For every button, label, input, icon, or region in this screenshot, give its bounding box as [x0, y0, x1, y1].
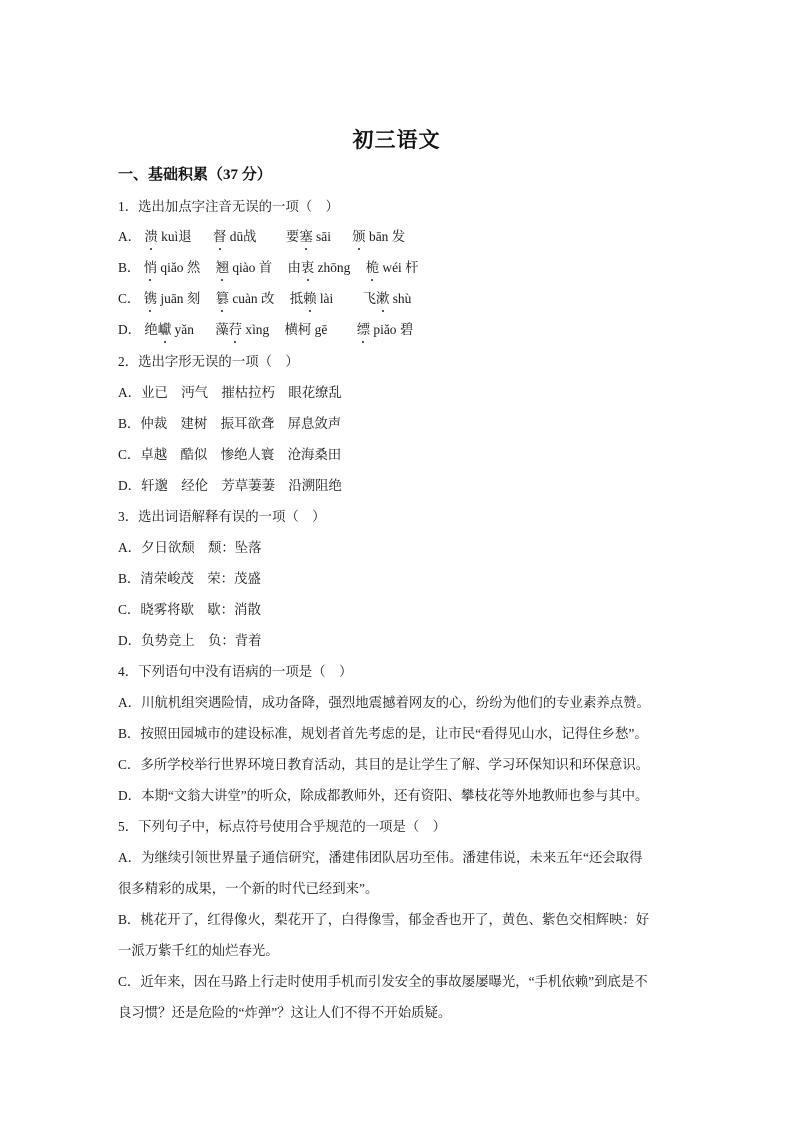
question-5-option-b-line1: B．桃花开了，红得像火，梨花开了，白得像雪，郁金香也开了，黄色、紫色交相辉映：好: [118, 911, 649, 929]
question-1-option-c: C． 镌 juān 刻 篡 cuàn 改 抵赖 lài 飞漱 shù: [118, 290, 411, 308]
option-label: A．: [118, 695, 141, 710]
document-page: 初三语文 一、基础积累（37 分） 1．选出加点字注音无误的一项（ ） A． 溃…: [0, 0, 793, 1122]
option-label: A．: [118, 229, 141, 244]
question-2-option-a: A．业已 沔气 摧枯拉朽 眼花缭乱: [118, 384, 342, 402]
option-label: D．: [118, 478, 141, 493]
question-text: 选出加点字注音无误的一项（ ）: [138, 199, 339, 214]
option-text: 川航机组突遇险情，成功备降，强烈地震撼着网友的心，纷纷为他们的专业素养点赞。: [141, 695, 650, 710]
question-5-option-b-line2: 一派万紫千红的灿烂春光。: [118, 942, 279, 960]
option-label: A．: [118, 385, 141, 400]
option-label: D．: [118, 633, 141, 648]
dotted-char: 塞: [299, 228, 312, 246]
pinyin-item: 颁 bān 发: [352, 228, 405, 246]
question-1-option-d: D． 绝巘 yǎn 藻荇 xìng 横柯 gē 缥 piǎo 碧: [118, 321, 413, 339]
option-label: A．: [118, 850, 141, 865]
option-text: 业已 沔气 摧枯拉朽 眼花缭乱: [141, 385, 342, 400]
pinyin-item: 绝巘 yǎn: [144, 321, 193, 339]
question-text: 选出词语解释有误的一项（ ）: [138, 509, 325, 524]
question-1-stem: 1．选出加点字注音无误的一项（ ）: [118, 198, 339, 216]
option-label: B．: [118, 260, 140, 275]
pinyin-item: 悄 qiǎo 然: [144, 259, 201, 277]
question-text: 选出字形无误的一项（ ）: [138, 354, 299, 369]
question-5-option-c-line2: 良习惯？还是危险的“炸弹”？这让人们不得不开始质疑。: [118, 1004, 451, 1022]
question-2-option-b: B．仲裁 建树 振耳欲聋 屏息敛声: [118, 415, 341, 433]
option-text: 一派万紫千红的灿烂春光。: [118, 943, 279, 958]
option-text: 晓雾将歇 歇：消散: [140, 602, 261, 617]
dotted-char: 赖: [303, 290, 316, 308]
option-text: 负势竞上 负：背着: [141, 633, 262, 648]
option-label: B．: [118, 571, 140, 586]
pinyin-item: 溃 kuì退: [144, 228, 191, 246]
dotted-char: 溃: [144, 228, 157, 246]
pinyin-item: 横柯 gē: [285, 321, 328, 339]
option-text: 多所学校举行世界环境日教育活动，其目的是让学生了解、学习环保知识和环保意识。: [140, 757, 649, 772]
option-label: B．: [118, 912, 140, 927]
dotted-char: 翘: [216, 259, 229, 277]
question-number: 5．: [118, 819, 138, 834]
pinyin-item: 缥 piǎo 碧: [357, 321, 414, 339]
option-label: D．: [118, 788, 141, 803]
question-5-option-c-line1: C．近年来，因在马路上行走时使用手机而引发安全的事故屡屡曝光，“手机依赖”到底是…: [118, 973, 648, 991]
option-label: C．: [118, 602, 140, 617]
question-4-stem: 4．下列语句中没有语病的一项是（ ）: [118, 663, 352, 681]
option-text: 近年来，因在马路上行走时使用手机而引发安全的事故屡屡曝光，“手机依赖”到底是不: [140, 974, 647, 989]
option-text: 按照田园城市的建设标准，规划者首先考虑的是，让市民“看得见山水，记得住乡愁”。: [140, 726, 647, 741]
question-3-option-a: A．夕日欲颓 颓：坠落: [118, 539, 262, 557]
pinyin-item: 藻荇 xìng: [215, 321, 269, 339]
pinyin-item: 飞漱 shù: [363, 290, 412, 308]
option-text: 良习惯？还是危险的“炸弹”？这让人们不得不开始质疑。: [118, 1005, 451, 1020]
option-label: B．: [118, 416, 140, 431]
option-text: 卓越 酷似 惨绝人寰 沧海桑田: [140, 447, 341, 462]
question-number: 4．: [118, 664, 138, 679]
dotted-char: 颁: [352, 228, 365, 246]
question-2-stem: 2．选出字形无误的一项（ ）: [118, 353, 299, 371]
option-text: 很多精彩的成果，一个新的时代已经到来”。: [118, 881, 378, 896]
question-4-option-a: A．川航机组突遇险情，成功备降，强烈地震撼着网友的心，纷纷为他们的专业素养点赞。: [118, 694, 650, 712]
option-label: B．: [118, 726, 140, 741]
question-text: 下列句子中，标点符号使用合乎规范的一项是（ ）: [138, 819, 446, 834]
option-text: 仲裁 建树 振耳欲聋 屏息敛声: [140, 416, 341, 431]
option-text: 夕日欲颓 颓：坠落: [141, 540, 262, 555]
option-label: C．: [118, 757, 140, 772]
question-3-stem: 3．选出词语解释有误的一项（ ）: [118, 508, 326, 526]
question-4-option-c: C．多所学校举行世界环境日教育活动，其目的是让学生了解、学习环保知识和环保意识。: [118, 756, 649, 774]
pinyin-item: 桅 wéi 杆: [366, 259, 419, 277]
pinyin-item: 篡 cuàn 改: [216, 290, 275, 308]
question-text: 下列语句中没有语病的一项是（ ）: [138, 664, 352, 679]
option-label: D．: [118, 322, 141, 337]
option-text: 本期“文翁大讲堂”的听众，除成都教师外，还有资阳、攀枝花等外地教师也参与其中。: [141, 788, 648, 803]
dotted-char: 督: [213, 228, 226, 246]
question-3-option-b: B．清荣峻茂 荣：茂盛: [118, 570, 261, 588]
question-5-stem: 5．下列句子中，标点符号使用合乎规范的一项是（ ）: [118, 818, 446, 836]
option-label: C．: [118, 974, 140, 989]
dotted-char: 悄: [144, 259, 157, 277]
question-1-option-b: B． 悄 qiǎo 然 翘 qiào 首 由衷 zhōng 桅 wéi 杆: [118, 259, 419, 277]
option-label: C．: [118, 291, 140, 306]
option-label: A．: [118, 540, 141, 555]
question-number: 1．: [118, 199, 138, 214]
question-3-option-c: C．晓雾将歇 歇：消散: [118, 601, 261, 619]
dotted-char: 篡: [216, 290, 229, 308]
question-3-option-d: D．负势竞上 负：背着: [118, 632, 262, 650]
question-2-option-d: D．轩邈 经伦 芳草萋萋 沿溯阻绝: [118, 477, 342, 495]
question-5-option-a-line2: 很多精彩的成果，一个新的时代已经到来”。: [118, 880, 378, 898]
pinyin-item: 由衷 zhōng: [287, 259, 350, 277]
pinyin-item: 抵赖 lài: [290, 290, 334, 308]
dotted-char: 衷: [301, 259, 314, 277]
question-number: 2．: [118, 354, 138, 369]
question-number: 3．: [118, 509, 138, 524]
dotted-char: 镌: [144, 290, 157, 308]
option-text: 轩邈 经伦 芳草萋萋 沿溯阻绝: [141, 478, 342, 493]
question-5-option-a-line1: A．为继续引领世界量子通信研究，潘建伟团队居功至伟。潘建伟说，未来五年“还会取得: [118, 849, 642, 867]
question-4-option-b: B．按照田园城市的建设标准，规划者首先考虑的是，让市民“看得见山水，记得住乡愁”…: [118, 725, 648, 743]
question-2-option-c: C．卓越 酷似 惨绝人寰 沧海桑田: [118, 446, 341, 464]
option-text: 桃花开了，红得像火，梨花开了，白得像雪，郁金香也开了，黄色、紫色交相辉映：好: [140, 912, 649, 927]
dotted-char: 漱: [376, 290, 389, 308]
section-heading: 一、基础积累（37 分）: [118, 163, 272, 184]
option-text: 为继续引领世界量子通信研究，潘建伟团队居功至伟。潘建伟说，未来五年“还会取得: [141, 850, 642, 865]
dotted-char: 荇: [229, 321, 242, 339]
pinyin-item: 督 dū战: [213, 228, 257, 246]
dotted-char: 桅: [366, 259, 379, 277]
option-label: C．: [118, 447, 140, 462]
pinyin-item: 要塞 sāi: [286, 228, 331, 246]
pinyin-item: 翘 qiào 首: [216, 259, 273, 277]
option-text: 清荣峻茂 荣：茂盛: [140, 571, 261, 586]
dotted-char: 缥: [357, 321, 370, 339]
document-title: 初三语文: [0, 124, 793, 154]
question-1-option-a: A． 溃 kuì退 督 dū战 要塞 sāi 颁 bān 发: [118, 228, 405, 246]
question-4-option-d: D．本期“文翁大讲堂”的听众，除成都教师外，还有资阳、攀枝花等外地教师也参与其中…: [118, 787, 648, 805]
pinyin-item: 镌 juān 刻: [144, 290, 201, 308]
dotted-char: 巘: [158, 321, 171, 339]
